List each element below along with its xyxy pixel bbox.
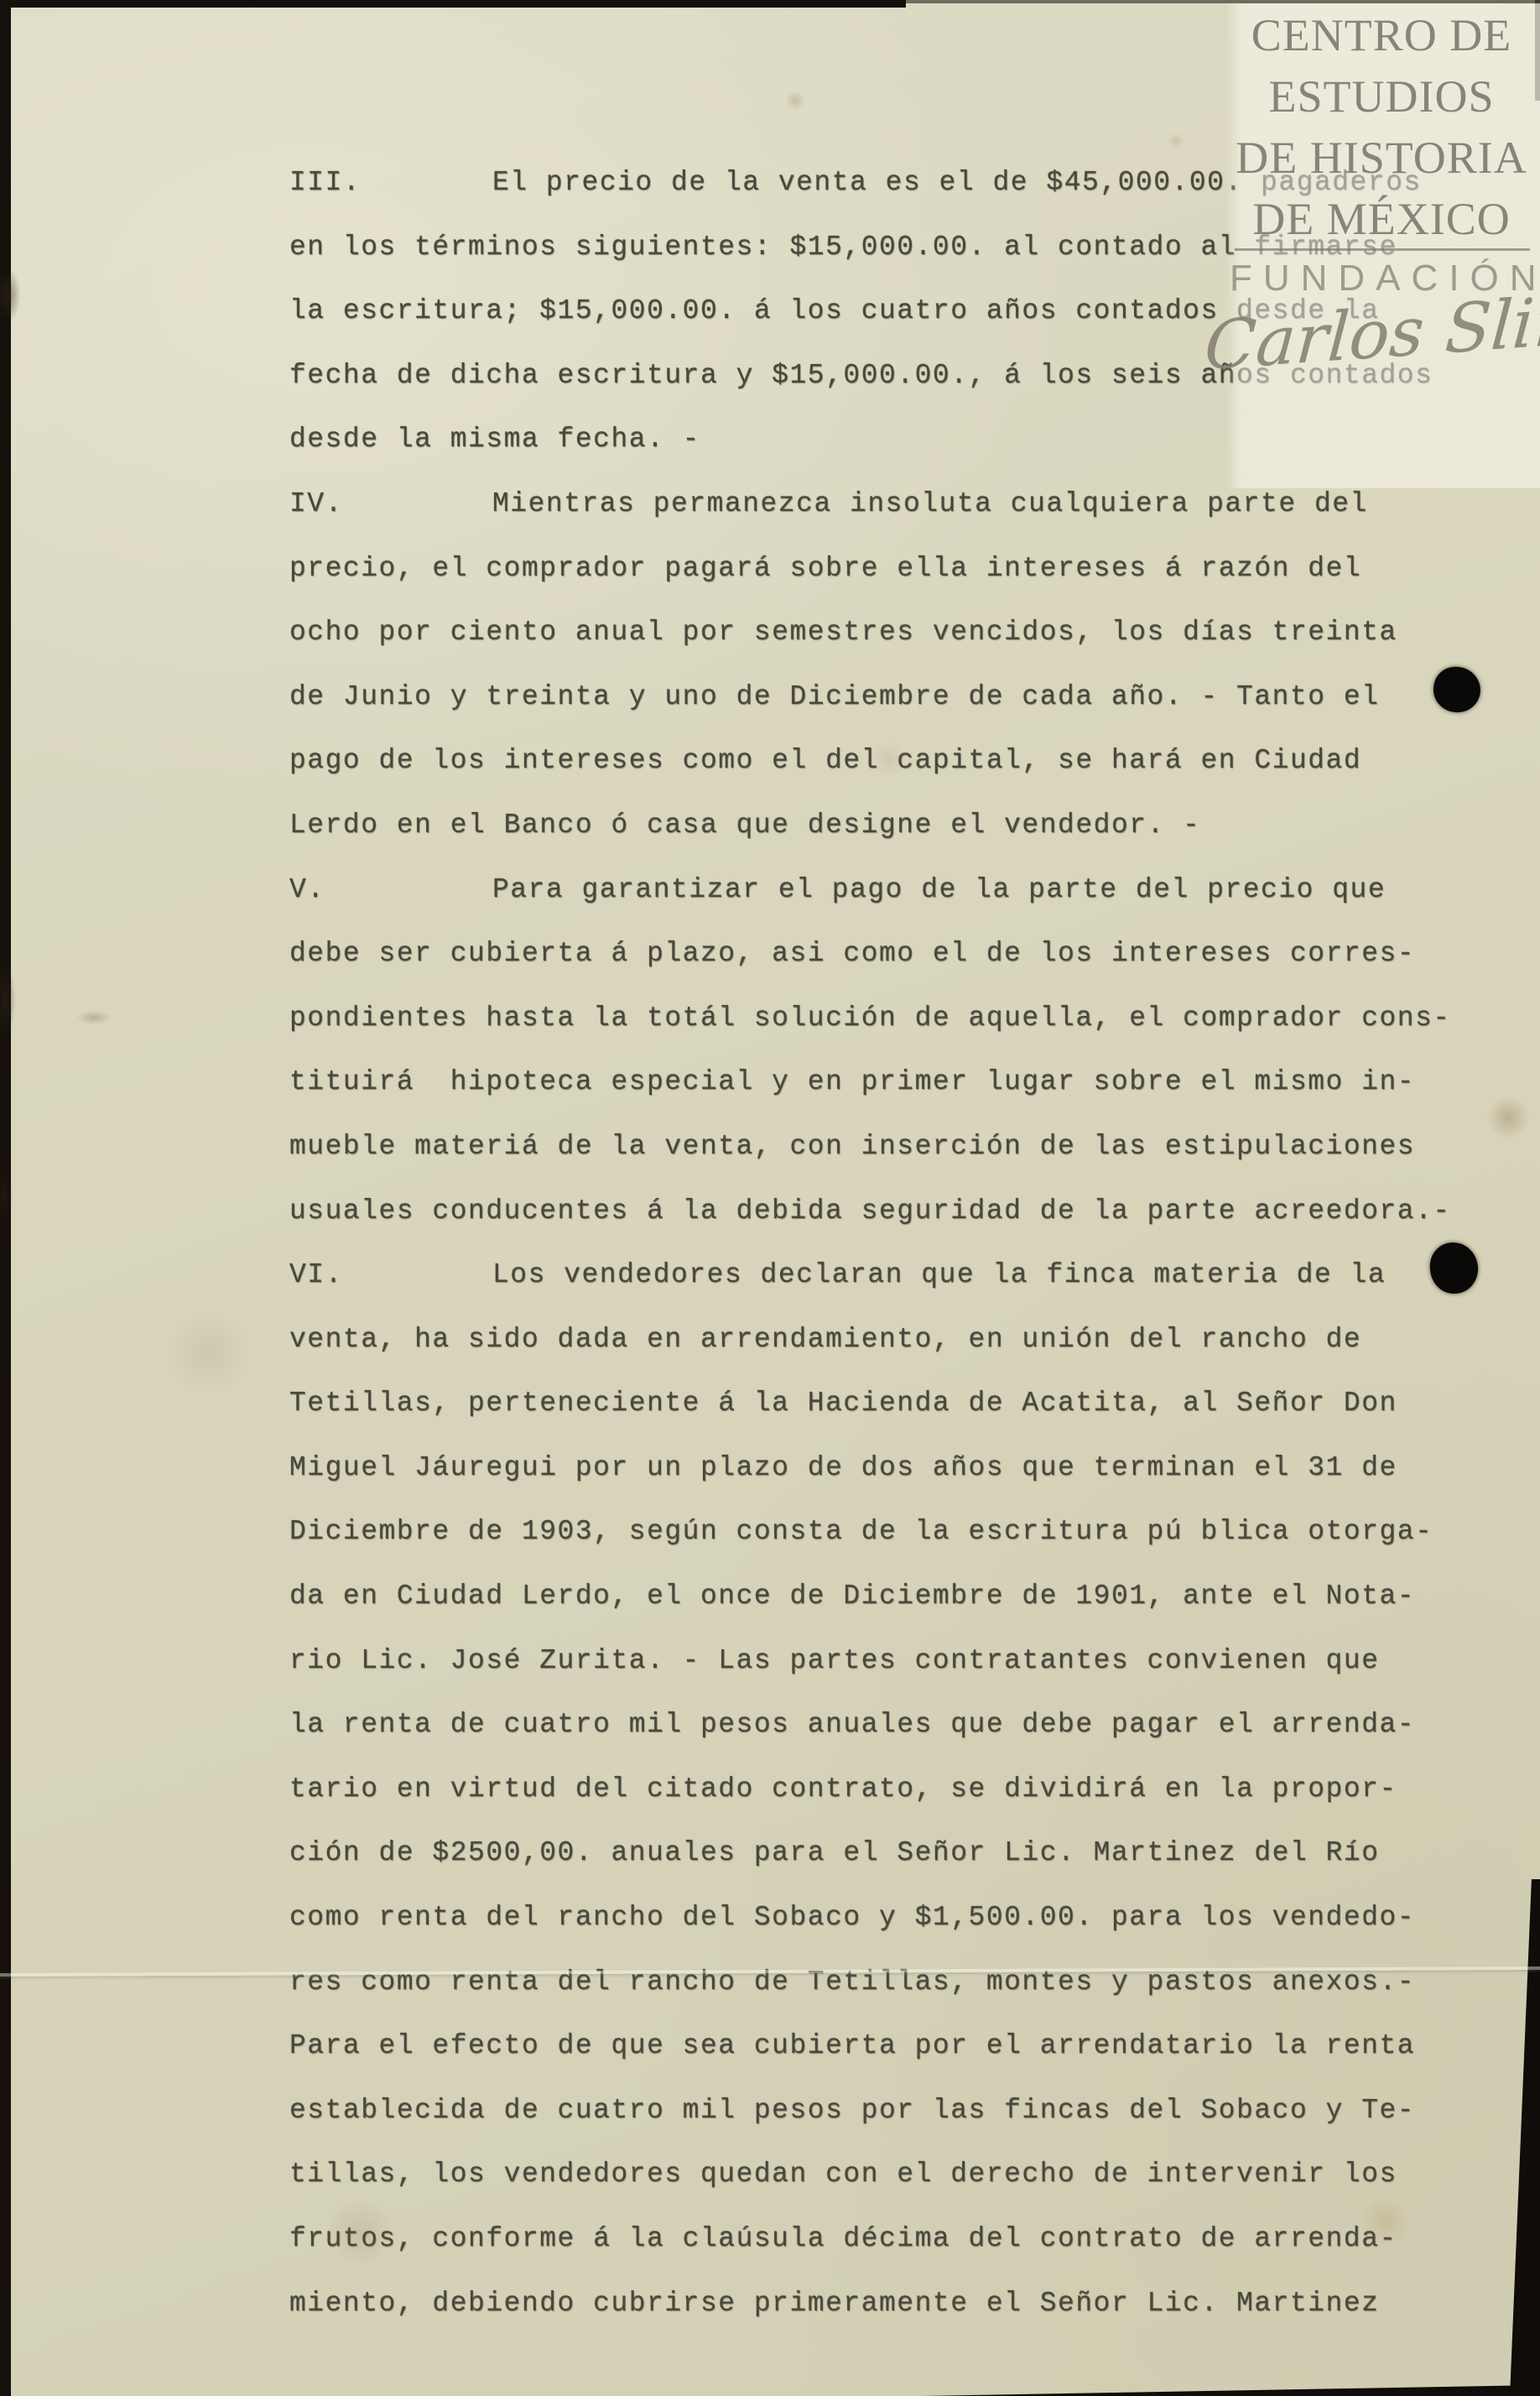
text-line: tario en virtud del citado contrato, se … xyxy=(289,1774,1480,1838)
text-line: rio Lic. José Zurita. - Las partes contr… xyxy=(289,1645,1480,1710)
line-text: en los términos siguientes: $15,000.00. … xyxy=(289,232,1397,263)
text-line: ocho por ciento anual por semestres venc… xyxy=(289,617,1480,681)
scan-edge-left xyxy=(0,0,11,2396)
clause-numeral: III. xyxy=(289,167,361,198)
text-line: debe ser cubierta á plazo, asi como el d… xyxy=(289,938,1480,1003)
text-line: tillas, los vendedores quedan con el der… xyxy=(289,2159,1480,2223)
line-text: Diciembre de 1903, según consta de la es… xyxy=(289,1516,1433,1547)
text-line: Miguel Jáuregui por un plazo de dos años… xyxy=(289,1452,1480,1517)
line-text: Lerdo en el Banco ó casa que designe el … xyxy=(289,810,1200,841)
line-text: precio, el comprador pagará sobre ella i… xyxy=(289,553,1361,584)
line-text: Para el efecto de que sea cubierta por e… xyxy=(289,2030,1415,2061)
line-text: Tetillas, perteneciente á la Hacienda de… xyxy=(289,1388,1397,1419)
line-text: usuales conducentes á la debida segurida… xyxy=(289,1195,1451,1227)
line-text: tario en virtud del citado contrato, se … xyxy=(289,1774,1397,1805)
scan-edge-right xyxy=(1510,1879,1540,2396)
text-line: miento, debiendo cubrirse primeramente e… xyxy=(289,2288,1480,2352)
text-line: precio, el comprador pagará sobre ella i… xyxy=(289,553,1480,617)
line-text: venta, ha sido dada en arrendamiento, en… xyxy=(289,1324,1361,1355)
text-line: IV.Mientras permanezca insoluta cualquie… xyxy=(289,488,1480,553)
text-line: establecida de cuatro mil pesos por las … xyxy=(289,2095,1480,2159)
text-line: venta, ha sido dada en arrendamiento, en… xyxy=(289,1324,1480,1388)
text-line: frutos, conforme á la claúsula décima de… xyxy=(289,2223,1480,2288)
document-text: III.El precio de la venta es el de $45,0… xyxy=(289,167,1480,2352)
line-text: da en Ciudad Lerdo, el once de Diciembre… xyxy=(289,1581,1415,1612)
text-line: la escritura; $15,000.00. á los cuatro a… xyxy=(289,295,1480,360)
line-text: Para garantizar el pago de la parte del … xyxy=(492,874,1386,905)
watermark-institution-line: ESTUDIOS xyxy=(1226,66,1537,128)
scan-edge-bottom xyxy=(923,2385,1540,2396)
text-line: da en Ciudad Lerdo, el once de Diciembre… xyxy=(289,1581,1480,1645)
text-line: Lerdo en el Banco ó casa que designe el … xyxy=(289,810,1480,874)
text-line: usuales conducentes á la debida segurida… xyxy=(289,1195,1480,1260)
clause-numeral: IV. xyxy=(289,488,343,519)
text-line: fecha de dicha escritura y $15,000.00., … xyxy=(289,360,1480,425)
line-text: la escritura; $15,000.00. á los cuatro a… xyxy=(289,295,1380,326)
line-text: ocho por ciento anual por semestres venc… xyxy=(289,617,1397,648)
line-text: Mientras permanezca insoluta cualquiera … xyxy=(492,488,1368,519)
text-line: III.El precio de la venta es el de $45,0… xyxy=(289,167,1480,232)
text-line: ción de $2500,00. anuales para el Señor … xyxy=(289,1837,1480,1902)
line-text: fecha de dicha escritura y $15,000.00., … xyxy=(289,360,1433,391)
clause-numeral: VI. xyxy=(289,1259,343,1290)
line-text: El precio de la venta es el de $45,000.0… xyxy=(492,167,1422,198)
line-text: frutos, conforme á la claúsula décima de… xyxy=(289,2223,1397,2254)
text-line: Tetillas, perteneciente á la Hacienda de… xyxy=(289,1388,1480,1452)
text-line: la renta de cuatro mil pesos anuales que… xyxy=(289,1709,1480,1774)
text-line: V.Para garantizar el pago de la parte de… xyxy=(289,874,1480,939)
line-text: desde la misma fecha. - xyxy=(289,424,700,455)
line-text: establecida de cuatro mil pesos por las … xyxy=(289,2095,1415,2126)
watermark-institution-line: CENTRO DE xyxy=(1226,5,1537,66)
line-text: miento, debiendo cubrirse primeramente e… xyxy=(289,2288,1380,2319)
line-text: pago de los intereses como el del capita… xyxy=(289,745,1361,776)
line-text: Los vendedores declaran que la finca mat… xyxy=(492,1259,1386,1290)
text-line: pago de los intereses como el del capita… xyxy=(289,745,1480,810)
text-line: res como renta del rancho de Tetillas, m… xyxy=(289,1966,1480,2031)
text-line: Diciembre de 1903, según consta de la es… xyxy=(289,1516,1480,1581)
scanned-document-page: III.El precio de la venta es el de $45,0… xyxy=(0,0,1540,2396)
text-line: mueble materiá de la venta, con inserció… xyxy=(289,1131,1480,1195)
text-line: desde la misma fecha. - xyxy=(289,424,1480,488)
clause-numeral: V. xyxy=(289,874,325,905)
line-text: la renta de cuatro mil pesos anuales que… xyxy=(289,1709,1415,1740)
line-text: como renta del rancho del Sobaco y $1,50… xyxy=(289,1902,1415,1933)
line-text: ción de $2500,00. anuales para el Señor … xyxy=(289,1837,1380,1868)
line-text: de Junio y treinta y uno de Diciembre de… xyxy=(289,681,1380,712)
scan-edge-top xyxy=(0,0,906,8)
scan-edge-top-thin xyxy=(906,0,1540,3)
text-line: de Junio y treinta y uno de Diciembre de… xyxy=(289,681,1480,746)
line-text: rio Lic. José Zurita. - Las partes contr… xyxy=(289,1645,1380,1676)
scan-edge-right-thin xyxy=(1535,0,1540,101)
line-text: pondientes hasta la totál solución de aq… xyxy=(289,1003,1451,1034)
text-line: VI.Los vendedores declaran que la finca … xyxy=(289,1259,1480,1324)
text-line: en los términos siguientes: $15,000.00. … xyxy=(289,232,1480,296)
text-line: como renta del rancho del Sobaco y $1,50… xyxy=(289,1902,1480,1966)
line-text: Miguel Jáuregui por un plazo de dos años… xyxy=(289,1452,1397,1483)
line-text: tituirá hipoteca especial y en primer lu… xyxy=(289,1066,1415,1097)
text-line: pondientes hasta la totál solución de aq… xyxy=(289,1003,1480,1067)
line-text: debe ser cubierta á plazo, asi como el d… xyxy=(289,938,1415,969)
line-text: mueble materiá de la venta, con inserció… xyxy=(289,1131,1415,1162)
line-text: tillas, los vendedores quedan con el der… xyxy=(289,2159,1397,2190)
text-line: Para el efecto de que sea cubierta por e… xyxy=(289,2030,1480,2095)
text-line: tituirá hipoteca especial y en primer lu… xyxy=(289,1066,1480,1131)
